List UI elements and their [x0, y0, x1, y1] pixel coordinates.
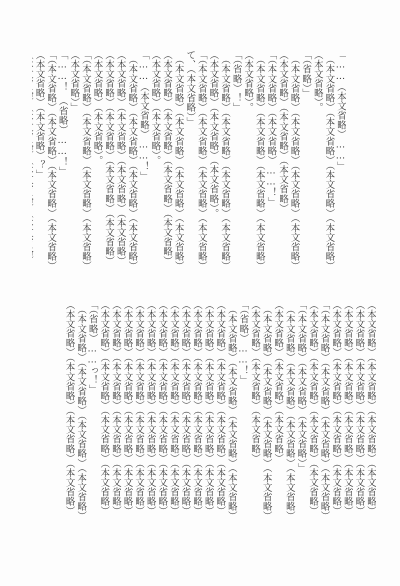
- text-column: 「……！ （省略）……！」: [56, 50, 68, 282]
- text-column: （本文省略）（本文省略）（本文省略）（本文省略）: [156, 300, 168, 548]
- text-column: （本文省略）」: [68, 50, 80, 282]
- text-column: （本文省略）（本文省略）（本文省略）（本文省略）: [306, 300, 318, 548]
- text-column: （本文省略）（本文省略）（本文省略）（本文省略）: [225, 300, 237, 548]
- book-page: 「……（本文省略）……」 （本文省略）（本文省略）（本文省略）（本文省略）（本文…: [0, 0, 400, 586]
- text-column: （本文省略）（本文省略）（本文省略）。: [207, 50, 219, 282]
- text-column: 「……（本文省略）……！」: [137, 50, 149, 282]
- text-column: 「（省略）！」: [230, 50, 242, 282]
- text-column: （本文省略）（本文省略）？」: [33, 50, 45, 282]
- text-column: （本文省略）（本文省略）（本文省略）（本文省略）: [283, 300, 295, 548]
- text-column: 「（本文省略）（本文省略）（本文省略）（本文省略）: [195, 50, 207, 282]
- text-column: （本文省略）（本文省略）（本文省略）（本文省略）: [63, 300, 75, 548]
- text-column: （本文省略）（本文省略）（本文省略）（本文省略）: [341, 300, 353, 548]
- text-column: 「（省略）……！」: [237, 300, 249, 548]
- text-column: （本文省略）（本文省略）（本文省略）（本文省略）: [172, 50, 184, 282]
- text-column: （本文省略）（本文省略）（本文省略）: [276, 50, 288, 282]
- text-column: （本文省略）（本文省略）（本文省略）（本文省略）: [288, 50, 300, 282]
- text-column: （本文省略）（本文省略）（本文省略）（本文省略）: [32, 50, 33, 282]
- text-column: （本文省略）（本文省略）（本文省略）（本文省略）: [253, 50, 265, 282]
- text-column: （本文省略）（本文省略）（本文省略）: [272, 300, 284, 548]
- text-column: （本文省略）（本文省略）（本文省略）（本文省略）: [191, 300, 203, 548]
- text-column: （本文省略）（本文省略）（本文省略）（本文省略）: [133, 300, 145, 548]
- text-column: 「（本文省略）（本文省略）……！」: [265, 50, 277, 282]
- text-column: （本文省略）（本文省略）（本文省略）（本文省略）: [144, 300, 156, 548]
- text-column: （本文省略）（本文省略）（本文省略）（本文省略）: [98, 300, 110, 548]
- text-column: （本文省略）。: [311, 50, 323, 282]
- text-column: （本文省略）（本文省略）。: [91, 50, 103, 282]
- text-column: （本文省略）（本文省略）（本文省略）（本文省略）: [202, 300, 214, 548]
- text-column: 「（省略）……っ！」: [86, 300, 98, 548]
- text-column: 「（本文省略）（本文省略）（本文省略）」: [295, 300, 307, 548]
- text-column: （本文省略）（本文省略）（本文省略）（本文省略）: [114, 50, 126, 282]
- text-column: （本文省略）（本文省略）（本文省略）（本文省略）: [167, 300, 179, 548]
- text-column: （本文省略）（本文省略）（本文省略）（本文省略）: [179, 300, 191, 548]
- text-column: 「（省略）」: [300, 50, 312, 282]
- text-column: （本文省略）（本文省略）（本文省略）（本文省略）: [103, 50, 115, 282]
- text-column: （本文省略）（本文省略）（本文省略）（本文省略）: [364, 300, 376, 548]
- text-column: 「（本文省略）（本文省略）（本文省略）（本文省略）: [45, 50, 57, 282]
- text-column: （本文省略）（本文省略）（本文省略）（本文省略）: [260, 300, 272, 548]
- text-column: （本文省略）（本文省略）（本文省略）（本文省略）: [323, 50, 335, 282]
- text-column: 「（本文省略）（本文省略）（本文省略）（本文省略）: [318, 300, 330, 548]
- text-column: 「（本文省略）（本文省略）（本文省略）（本文省略）: [79, 50, 91, 282]
- text-column: （本文省略）（本文省略）（本文省略）（本文省略）: [75, 300, 87, 548]
- text-column: （本文省略）。: [242, 50, 254, 282]
- upper-text-block: 「……（本文省略）……」 （本文省略）（本文省略）（本文省略）（本文省略）（本文…: [32, 50, 346, 282]
- text-column: （本文省略）（本文省略）（本文省略）（本文省略）: [218, 50, 230, 282]
- text-column: （本文省略）（本文省略）（本文省略）: [248, 300, 260, 548]
- text-column: （本文省略）（本文省略）（本文省略）（本文省略）: [126, 50, 138, 282]
- text-column: （本文省略）（本文省略）（本文省略）（本文省略）: [121, 300, 133, 548]
- text-column: （本文省略）（本文省略）（本文省略）（本文省略）: [109, 300, 121, 548]
- text-column: （本文省略）（本文省略）。: [149, 50, 161, 282]
- text-column: （本文省略）（本文省略）（本文省略）（本文省略）: [214, 300, 226, 548]
- lower-text-block: （本文省略）（本文省略）（本文省略）（本文省略）（本文省略）（本文省略）（本文省…: [50, 300, 376, 548]
- text-column: 「……（本文省略）……」: [334, 50, 346, 282]
- text-column: （本文省略）（本文省略）（本文省略）（本文省略）: [353, 300, 365, 548]
- text-column: （本文省略）（本文省略）（本文省略）（本文省略）: [330, 300, 342, 548]
- text-column: て、（本文省略）」: [184, 50, 196, 282]
- text-column: （本文省略）（本文省略）（本文省略）（本文省略）: [161, 50, 173, 282]
